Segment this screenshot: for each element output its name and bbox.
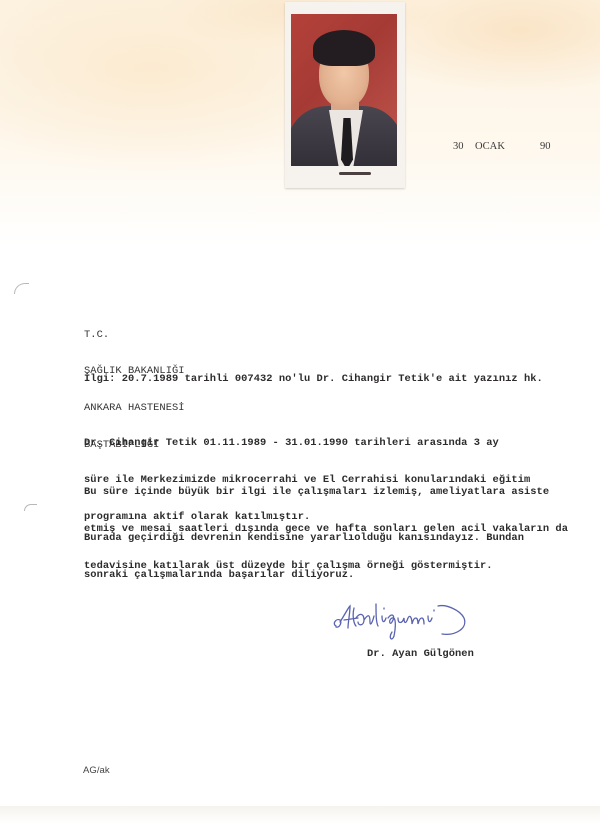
date-day: 30 [453,141,464,153]
text-line: Burada geçirdiği devrenin kendisine yara… [84,532,524,544]
handwritten-signature [330,596,500,642]
signer-name: Dr. Ayan Gülgönen [367,648,474,660]
reference-line: İlgi: 20.7.1989 tarihli 007432 no'lu Dr.… [84,373,543,385]
scan-mark [24,504,37,511]
scan-edge [0,806,600,824]
text-line: sonraki çalışmalarında başarılar diliyor… [84,569,524,581]
photo-mount [285,2,405,188]
address-line: T.C. [84,329,185,341]
staple-bottom [339,172,371,175]
date-year: 90 [540,141,551,153]
date-month: OCAK [475,141,505,153]
portrait-photo [291,14,397,166]
typist-initials: AG/ak [83,765,110,777]
paragraph-3: Burada geçirdiği devrenin kendisine yara… [84,508,524,593]
text-line: Bu süre içinde büyük bir ilgi ile çalışm… [84,486,568,498]
text-line: Dr. Cihangir Tetik 01.11.1989 - 31.01.19… [84,437,530,449]
